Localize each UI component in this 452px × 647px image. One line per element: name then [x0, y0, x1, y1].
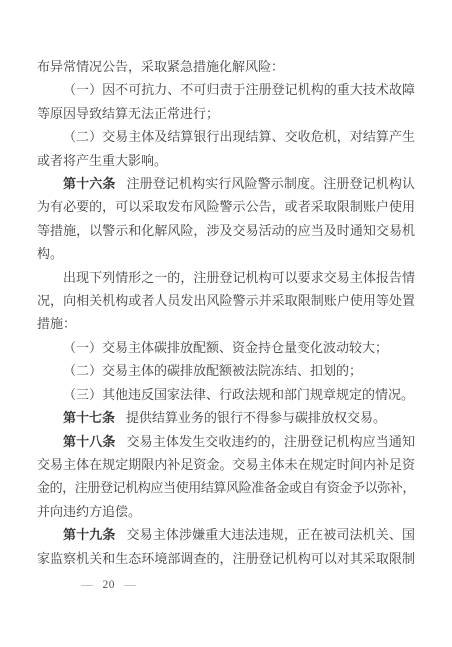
- text-line: 构。: [37, 242, 415, 265]
- text-lines-container: 布异常情况公告，采取紧急措施化解风险： （一）因不可抗力、不可归责于注册登记机构…: [37, 55, 415, 570]
- article-number: 第十六条: [63, 176, 115, 191]
- article-number: 第十九条: [63, 527, 115, 542]
- line-text: 为有必要的，可以采取发布风险警示公告，或者采取限制账户使用: [37, 199, 415, 214]
- text-line: （二）交易主体及结算银行出现结算、交收危机，对结算产生: [37, 125, 415, 148]
- article-number: 第十七条: [63, 410, 115, 425]
- line-text: （三）其他违反国家法律、行政法规和部门规章规定的情况。: [63, 387, 414, 402]
- line-text: 注册登记机构实行风险警示制度。注册登记机构认: [126, 176, 415, 191]
- line-text: 家监察机关和生态环境部调查的，注册登记机构可以对其采取限制: [37, 551, 415, 566]
- line-text: 交易主体在规定期限内补足资金。交易主体未在规定时间内补足资: [37, 457, 415, 472]
- line-text: 况，向相关机构或者人员发出风险警示并采取限制账户使用等处置: [37, 293, 415, 308]
- line-text: 措施：: [37, 316, 76, 331]
- page-number: —20—: [37, 576, 415, 593]
- line-text: 提供结算业务的银行不得参与碳排放权交易。: [126, 410, 386, 425]
- text-line: （三）其他违反国家法律、行政法规和部门规章规定的情况。: [37, 383, 415, 406]
- page-number-value: 20: [103, 579, 116, 591]
- text-line: 交易主体在规定期限内补足资金。交易主体未在规定时间内补足资: [37, 453, 415, 476]
- line-text: 布异常情况公告，采取紧急措施化解风险：: [37, 59, 284, 74]
- page-number-left-dash: —: [81, 577, 94, 591]
- document-page: 布异常情况公告，采取紧急措施化解风险： （一）因不可抗力、不可归责于注册登记机构…: [0, 0, 452, 647]
- line-text: （二）交易主体及结算银行出现结算、交收危机，对结算产生: [63, 129, 415, 144]
- text-line: 并向违约方追偿。: [37, 500, 415, 523]
- text-line: 等措施，以警示和化解风险，涉及交易活动的应当及时通知交易机: [37, 219, 415, 242]
- line-text: 交易主体涉嫌重大违法违规，正在被司法机关、国: [126, 527, 415, 542]
- text-line: 第十九条交易主体涉嫌重大违法违规，正在被司法机关、国: [37, 523, 415, 546]
- line-text: 并向违约方追偿。: [37, 504, 141, 519]
- text-line: 措施：: [37, 312, 415, 335]
- line-text: （二）交易主体的碳排放配额被法院冻结、扣划的；: [63, 363, 362, 378]
- line-text: 等措施，以警示和化解风险，涉及交易活动的应当及时通知交易机: [37, 223, 415, 238]
- text-line: 第十七条提供结算业务的银行不得参与碳排放权交易。: [37, 406, 415, 429]
- article-number: 第十八条: [63, 434, 115, 449]
- text-line: （一）因不可抗力、不可归责于注册登记机构的重大技术故障: [37, 78, 415, 101]
- page-number-right-dash: —: [124, 577, 137, 591]
- text-line: 家监察机关和生态环境部调查的，注册登记机构可以对其采取限制: [37, 547, 415, 570]
- line-text: 构。: [37, 246, 63, 261]
- text-line: 况，向相关机构或者人员发出风险警示并采取限制账户使用等处置: [37, 289, 415, 312]
- document-body-text: 布异常情况公告，采取紧急措施化解风险： （一）因不可抗力、不可归责于注册登记机构…: [0, 0, 452, 593]
- line-text: 或者将产生重大影响。: [37, 153, 167, 168]
- text-line: 金的，注册登记机构应当使用结算风险准备金或自有资金予以弥补，: [37, 476, 415, 499]
- text-line: 为有必要的，可以采取发布风险警示公告，或者采取限制账户使用: [37, 195, 415, 218]
- text-line: 或者将产生重大影响。: [37, 149, 415, 172]
- line-text: （一）因不可抗力、不可归责于注册登记机构的重大技术故障: [63, 82, 415, 97]
- text-line: 第十八条交易主体发生交收违约的，注册登记机构应当通知: [37, 430, 415, 453]
- line-text: 等原因导致结算无法正常进行；: [37, 106, 219, 121]
- line-text: （一）交易主体碳排放配额、资金持仓量变化波动较大；: [63, 340, 388, 355]
- line-text: 出现下列情形之一的，注册登记机构可以要求交易主体报告情: [63, 270, 415, 285]
- text-line: （二）交易主体的碳排放配额被法院冻结、扣划的；: [37, 359, 415, 382]
- text-line: 第十六条注册登记机构实行风险警示制度。注册登记机构认: [37, 172, 415, 195]
- text-line: （一）交易主体碳排放配额、资金持仓量变化波动较大；: [37, 336, 415, 359]
- line-text: 交易主体发生交收违约的，注册登记机构应当通知: [126, 434, 415, 449]
- text-line: 出现下列情形之一的，注册登记机构可以要求交易主体报告情: [37, 266, 415, 289]
- line-text: 金的，注册登记机构应当使用结算风险准备金或自有资金予以弥补，: [37, 480, 415, 495]
- text-line: 布异常情况公告，采取紧急措施化解风险：: [37, 55, 415, 78]
- text-line: 等原因导致结算无法正常进行；: [37, 102, 415, 125]
